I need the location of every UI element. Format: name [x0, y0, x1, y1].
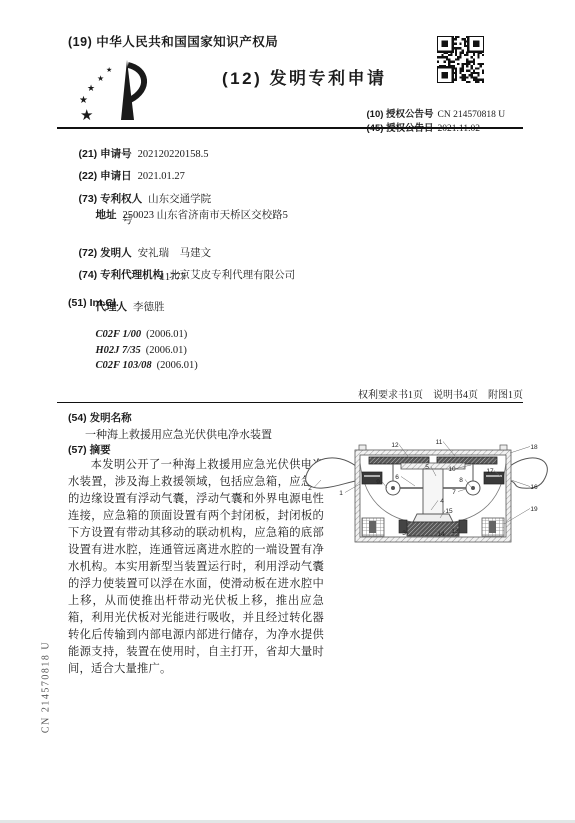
qr-module: [464, 38, 466, 40]
qr-module: [466, 76, 468, 78]
qr-module: [473, 79, 475, 81]
qr-module: [466, 54, 468, 56]
agent-value: 李德胜: [133, 302, 165, 313]
qr-module: [482, 72, 484, 74]
qr-module: [482, 81, 484, 83]
qr-module: [459, 52, 461, 54]
svg-text:★: ★: [80, 108, 93, 124]
qr-module: [455, 58, 457, 60]
qr-finder-center: [441, 72, 448, 79]
qr-module: [464, 45, 466, 47]
svg-text:★: ★: [80, 95, 88, 106]
invention-title: 一种海上救援用应急光伏供电净水装置: [85, 426, 272, 442]
qr-module: [477, 63, 479, 65]
qr-module: [459, 72, 461, 74]
qr-module: [471, 61, 473, 63]
qr-module: [455, 54, 457, 56]
qr-module: [466, 81, 468, 83]
qr-module: [455, 79, 457, 81]
qr-module: [455, 36, 457, 38]
qr-module: [473, 58, 475, 60]
figure-callout: 15: [445, 508, 453, 515]
qr-finder-center: [441, 40, 448, 47]
qr-module: [466, 58, 468, 60]
qr-module: [482, 54, 484, 56]
qr-module: [444, 61, 446, 63]
qr-module: [464, 76, 466, 78]
qr-module: [471, 74, 473, 76]
agency-code: 11777: [160, 272, 186, 283]
patent-front-page: (19) 中华人民共和国国家知识产权局 ★ ★ ★ ★ ★ (12) 发明专利申…: [0, 0, 575, 823]
qr-module: [455, 76, 457, 78]
header-divider: [57, 127, 523, 129]
qr-module: [457, 63, 459, 65]
figure-right-airbag: [510, 458, 547, 488]
qr-module: [482, 70, 484, 72]
qr-module: [480, 63, 482, 65]
address-line1: 250023 山东省济南市天桥区交校路5: [123, 210, 288, 221]
qr-module: [466, 61, 468, 63]
qr-module: [444, 56, 446, 58]
national-office-line: (19) 中华人民共和国国家知识产权局: [68, 32, 278, 50]
figure-callout: 13: [451, 528, 459, 535]
address-line2: 号: [122, 212, 133, 227]
qr-module: [468, 61, 470, 63]
qr-module: [466, 65, 468, 67]
qr-module: [475, 79, 477, 81]
qr-module: [468, 74, 470, 76]
qr-module: [464, 63, 466, 65]
invention-title-label: (54) 发明名称: [68, 410, 132, 425]
qr-module: [464, 74, 466, 76]
abstract-label: (57) 摘要: [68, 442, 111, 457]
figure-callout: 4: [440, 498, 444, 505]
qr-module: [462, 74, 464, 76]
intcl-label: (51) Int.Cl.: [68, 297, 119, 309]
figure-callout: 12: [391, 442, 399, 449]
qr-module: [459, 43, 461, 45]
qr-module: [450, 54, 452, 56]
qr-module: [466, 63, 468, 65]
qr-module: [473, 61, 475, 63]
figure-callout: 10: [448, 466, 456, 473]
figure-callout: 16: [530, 484, 538, 491]
qr-module: [482, 79, 484, 81]
qr-module: [441, 54, 443, 56]
svg-text:★: ★: [97, 74, 104, 83]
qr-module: [448, 54, 450, 56]
pub-date-value: 2021.11.02: [438, 124, 480, 134]
qr-module: [448, 63, 450, 65]
qr-module: [477, 81, 479, 83]
qr-module: [446, 58, 448, 60]
qr-module: [477, 56, 479, 58]
qr-module: [471, 76, 473, 78]
qr-finder-center: [473, 40, 480, 47]
svg-text:★: ★: [87, 83, 95, 93]
qr-module: [480, 79, 482, 81]
cnipa-logo: ★ ★ ★ ★ ★: [80, 56, 152, 131]
qr-module: [437, 56, 439, 58]
qr-module: [459, 47, 461, 49]
qr-module: [477, 74, 479, 76]
qr-module: [455, 72, 457, 74]
qr-module: [475, 76, 477, 78]
qr-module: [468, 63, 470, 65]
figure-callout: 11: [436, 439, 443, 446]
address-label: 地址: [96, 209, 117, 221]
qr-module: [455, 38, 457, 40]
pages-info: 权利要求书1页 说明书4页 附图1页: [260, 386, 523, 401]
qr-module: [459, 70, 461, 72]
qr-module: [473, 54, 475, 56]
qr-module: [462, 49, 464, 51]
qr-module: [459, 54, 461, 56]
section-divider: [57, 402, 523, 403]
figure-callout: 6: [395, 474, 399, 481]
figure-callout: 8: [459, 477, 463, 484]
figure-left-airbag: [306, 458, 356, 488]
qr-module: [457, 47, 459, 49]
qr-module: [459, 76, 461, 78]
figure-callout: 1: [339, 490, 343, 497]
qr-module: [471, 72, 473, 74]
figure-callout: 9: [376, 479, 380, 486]
qr-module: [475, 72, 477, 74]
qr-module: [462, 38, 464, 40]
qr-module: [471, 65, 473, 67]
qr-module: [455, 49, 457, 51]
figure-callout: 14: [437, 531, 445, 538]
qr-module: [455, 43, 457, 45]
qr-module: [457, 58, 459, 60]
qr-module: [462, 79, 464, 81]
svg-text:★: ★: [106, 66, 112, 74]
qr-module: [457, 56, 459, 58]
qr-module: [464, 54, 466, 56]
figure-callout: 7: [452, 489, 456, 496]
qr-module: [462, 63, 464, 65]
figure-callout: 3: [402, 530, 406, 537]
qr-module: [477, 72, 479, 74]
figure-callout: 19: [530, 506, 538, 513]
qr-module: [448, 58, 450, 60]
abstract-text: 本发明公开了一种海上救援用应急光伏供电净水装置，涉及海上救援领域，包括应急箱，应…: [68, 457, 324, 678]
qr-module: [455, 70, 457, 72]
qr-module: [439, 56, 441, 58]
qr-module: [480, 65, 482, 67]
agency-value: 北京艾皮专利代理有限公司: [169, 270, 295, 281]
qr-module: [462, 52, 464, 54]
qr-module: [459, 56, 461, 58]
qr-module: [473, 76, 475, 78]
figure-callout: 17: [486, 468, 494, 475]
qr-module: [441, 56, 443, 58]
figure-leader-line: [510, 447, 530, 454]
qr-module: [446, 56, 448, 58]
qr-module: [471, 67, 473, 69]
qr-module: [482, 63, 484, 65]
qr-module: [455, 74, 457, 76]
qr-module: [477, 67, 479, 69]
qr-module: [475, 67, 477, 69]
qr-module: [448, 61, 450, 63]
qr-module: [462, 65, 464, 67]
qr-module: [457, 36, 459, 38]
figure-callout: 5: [425, 464, 429, 471]
qr-module: [459, 67, 461, 69]
qr-module: [477, 54, 479, 56]
classification-code: C02F 103/08: [96, 360, 152, 371]
qr-module: [462, 67, 464, 69]
classification-row: C02F 103/08(2006.01): [85, 349, 198, 382]
qr-module: [464, 79, 466, 81]
qr-module: [475, 81, 477, 83]
figure-callout: 2: [308, 485, 312, 492]
qr-module: [471, 56, 473, 58]
qr-module: [473, 70, 475, 72]
qr-module: [473, 63, 475, 65]
qr-module: [455, 47, 457, 49]
qr-module: [455, 67, 457, 69]
doc-type-title: (12) 发明专利申请: [222, 64, 386, 89]
qr-module: [468, 70, 470, 72]
classification-version: (2006.01): [157, 360, 198, 371]
qr-module: [466, 70, 468, 72]
qr-module: [437, 61, 439, 63]
figure-callout: 18: [530, 444, 538, 451]
qr-module: [473, 72, 475, 74]
patent-figure: 12345678910111213141516171819: [303, 436, 548, 561]
qr-module: [477, 79, 479, 81]
qr-code: [437, 36, 484, 83]
qr-module: [464, 40, 466, 42]
qr-module: [455, 52, 457, 54]
agency-label: (74) 专利代理机构: [79, 269, 164, 281]
qr-module: [462, 76, 464, 78]
qr-module: [453, 61, 455, 63]
vertical-doc-number: CN 214570818 U: [41, 641, 52, 733]
address-row: 地址250023 山东省济南市天桥区交校路5: [85, 196, 288, 233]
qr-module: [462, 70, 464, 72]
qr-module: [468, 81, 470, 83]
qr-module: [450, 61, 452, 63]
qr-module: [464, 43, 466, 45]
